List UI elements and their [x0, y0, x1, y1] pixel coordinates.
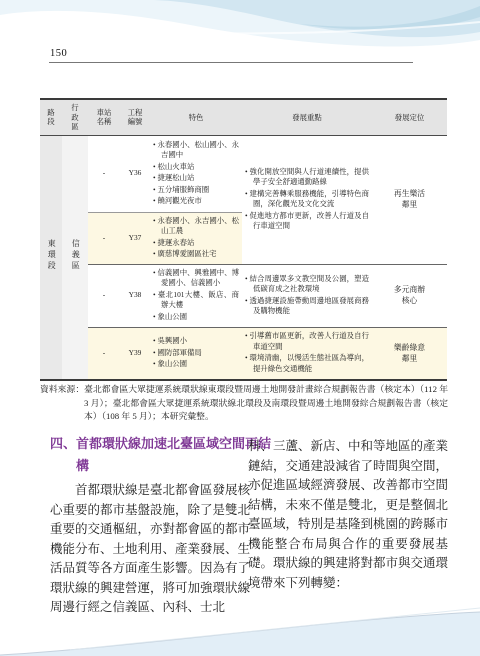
bullet-item: 臺北101大樓、飯店、商辦大樓	[153, 290, 239, 311]
bullet-item: 環境清幽，以慢活生態社區為導向，提升綠色交通機能	[245, 353, 369, 374]
table-row-y39: - Y39 吳興國小國防部軍備局象山公園 引導舊市區更新，改善人行道及自行車道空…	[40, 327, 447, 380]
bullet-item: 建構完善轉乘服務機能，引導特色商圈，深化觀光及文化交流	[245, 189, 369, 210]
station-code-cell: Y36	[120, 135, 150, 212]
station-code-cell: Y39	[120, 327, 150, 380]
bullet-item: 饒河觀光夜市	[153, 196, 239, 207]
column-header-development-focus: 發展重點	[242, 99, 372, 135]
column-header-station-name: 車站名稱	[88, 99, 120, 135]
station-name-cell: -	[88, 264, 120, 327]
bullet-item: 吳興國小	[153, 336, 239, 347]
column-header-label: 發展重點	[292, 113, 322, 122]
bullet-item: 永春國小、松山國小、永吉國中	[153, 140, 239, 161]
table-row-y38: - Y38 信義國中、興雅國中、博愛國小、信義國小臺北101大樓、飯店、商辦大樓…	[40, 264, 447, 327]
station-code-cell: Y37	[120, 212, 150, 264]
bullet-item: 永春國小、永吉國小、松山工農	[153, 216, 239, 237]
station-code-cell: Y38	[120, 264, 150, 327]
body-column-right: 科、三蘆、新店、中和等地區的產業鏈結，交通建設減省了時間與空間，亦促進區域經濟發…	[248, 437, 448, 593]
station-name-cell: -	[88, 135, 120, 212]
column-header-label: 路段	[46, 108, 56, 127]
features-cell: 永春國小、永吉國小、松山工農捷運永春站廣慈博愛園區社宅	[150, 212, 242, 264]
bullet-item: 透過捷運設施帶動周邊地區發展商務及購物機能	[245, 296, 369, 317]
bullet-item: 信義國中、興雅國中、博愛國小、信義國小	[153, 268, 239, 289]
district-cell: 信義區	[62, 135, 88, 380]
page-number: 150	[50, 48, 67, 59]
features-cell: 吳興國小國防部軍備局象山公園	[150, 327, 242, 380]
page-number-rule	[49, 62, 413, 63]
bullet-item: 廣慈博愛園區社宅	[153, 249, 239, 260]
bullet-item: 捷運永春站	[153, 238, 239, 249]
bullet-item: 捷運松山站	[153, 173, 239, 184]
features-cell: 永春國小、松山國小、永吉國中松山火車站捷運松山站五分埔服飾商圈饒河觀光夜市	[150, 135, 242, 212]
bullet-item: 松山火車站	[153, 162, 239, 173]
station-name-cell: -	[88, 212, 120, 264]
segment-label: 東環段	[46, 239, 57, 272]
development-position-cell: 再生樂活鄰里	[372, 135, 447, 264]
district-label: 信義區	[70, 239, 81, 272]
column-header-label: 發展定位	[395, 113, 425, 122]
stations-table: 路段 行政區 車站名稱 工程編號 特色 發展重點 發展定位 東環段 信義區 - …	[40, 98, 447, 381]
table-header-row: 路段 行政區 車站名稱 工程編號 特色 發展重點 發展定位	[40, 99, 447, 135]
development-focus-cell: 引導舊市區更新，改善人行道及自行車道空間環境清幽，以慢活生態社區為導向，提升綠色…	[242, 327, 372, 380]
bullet-item: 五分埔服飾商圈	[153, 185, 239, 196]
section-heading: 四、首都環狀線加速北臺區域空間再結構	[50, 433, 276, 477]
station-name-cell: -	[88, 327, 120, 380]
column-header-label: 車站名稱	[96, 108, 113, 127]
column-header-label: 特色	[189, 113, 204, 122]
column-header-label: 行政區	[70, 103, 80, 132]
bullet-item: 促進地方都市更新，改善人行道及自行車道空間	[245, 211, 369, 232]
development-position-label: 再生樂活鄰里	[391, 188, 429, 210]
bullet-item: 象山公園	[153, 359, 239, 370]
development-focus-cell: 結合周邊眾多文教空間及公園，塑造低碳育成之社教環境透過捷運設施帶動周邊地區發展商…	[242, 264, 372, 327]
features-cell: 信義國中、興雅國中、博愛國小、信義國小臺北101大樓、飯店、商辦大樓象山公園	[150, 264, 242, 327]
development-position-label: 多元商辦核心	[391, 284, 429, 306]
bullet-item: 象山公園	[153, 312, 239, 323]
column-header-project-code: 工程編號	[120, 99, 150, 135]
column-header-label: 工程編號	[127, 108, 144, 127]
column-header-district: 行政區	[62, 99, 88, 135]
body-column-left: 首都環狀線是臺北都會區發展核心重要的都市基盤設施，除了是雙北重要的交通樞紐，亦對…	[50, 481, 250, 618]
column-header-development-position: 發展定位	[372, 99, 447, 135]
development-focus-cell: 強化開放空間與人行道連續性，提供學子安全舒適通勤路線建構完善轉乘服務機能，引導特…	[242, 135, 372, 264]
bullet-item: 國防部軍備局	[153, 348, 239, 359]
table-row-y36: 東環段 信義區 - Y36 永春國小、松山國小、永吉國中松山火車站捷運松山站五分…	[40, 135, 447, 212]
source-note: 資料來源：臺北都會區大眾捷運系統環狀線東環段暨周邊土地開發計畫綜合規劃報告書（核…	[40, 383, 448, 424]
development-position-label: 樂齡綠意鄰里	[391, 342, 429, 364]
development-position-cell: 樂齡綠意鄰里	[372, 327, 447, 380]
development-position-cell: 多元商辦核心	[372, 264, 447, 327]
bullet-item: 引導舊市區更新，改善人行道及自行車道空間	[245, 331, 369, 352]
bullet-item: 結合周邊眾多文教空間及公園，塑造低碳育成之社教環境	[245, 274, 369, 295]
column-header-segment: 路段	[40, 99, 62, 135]
column-header-features: 特色	[150, 99, 242, 135]
stations-table-wrapper: 路段 行政區 車站名稱 工程編號 特色 發展重點 發展定位 東環段 信義區 - …	[40, 98, 447, 381]
segment-cell: 東環段	[40, 135, 62, 380]
top-wave-decoration	[0, 0, 480, 95]
bullet-item: 強化開放空間與人行道連續性，提供學子安全舒適通勤路線	[245, 167, 369, 188]
